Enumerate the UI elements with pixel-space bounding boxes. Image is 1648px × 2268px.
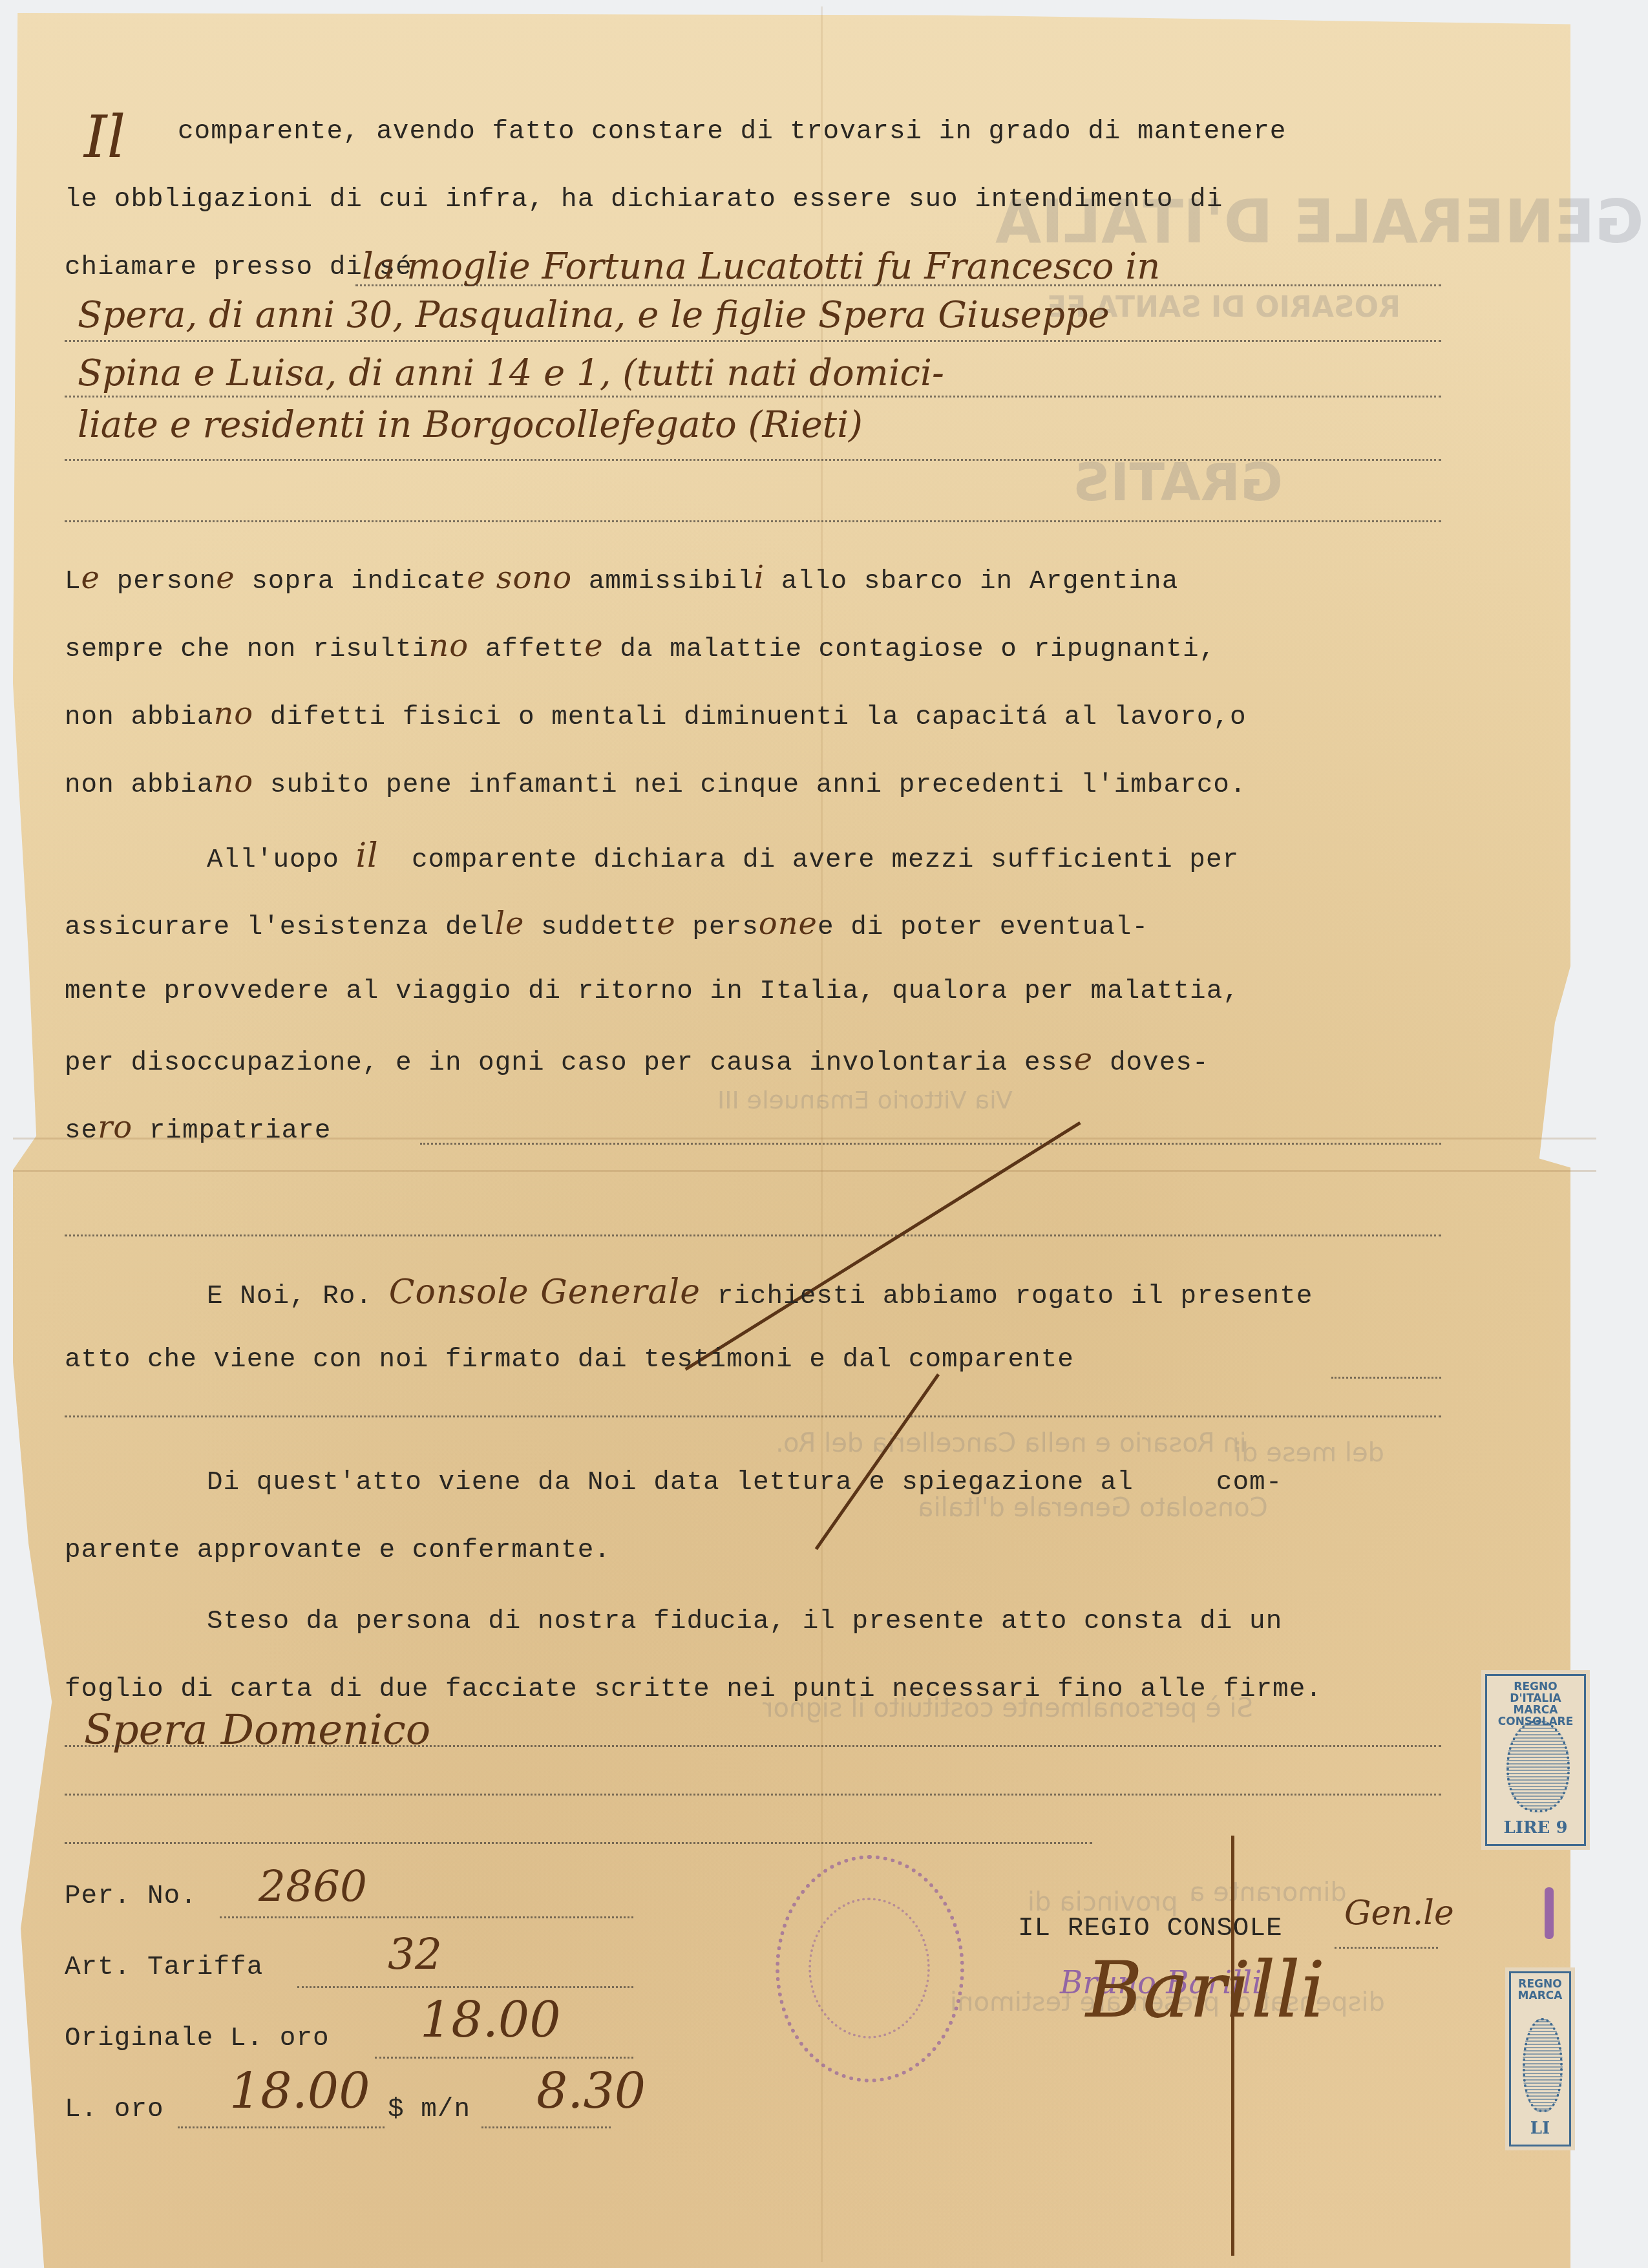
- art-tariffa-value: 32: [388, 1929, 442, 1979]
- king-portrait-icon: [1506, 1720, 1570, 1812]
- text-line: per disoccupazione, e in ogni caso per c…: [65, 1044, 1435, 1079]
- handwritten-entry: Spina e Luisa, di anni 14 e 1, (tutti na…: [78, 352, 944, 394]
- fill-line: [481, 2126, 611, 2128]
- per-no-value: 2860: [259, 1861, 367, 1911]
- handwritten-entry: liate e residenti in Borgocollefegato (R…: [78, 404, 863, 446]
- consul-title-hand: Gen.le: [1344, 1894, 1454, 1933]
- fill-line: [65, 520, 1441, 522]
- text-line: Steso da persona di nostra fiducia, il p…: [207, 1606, 1577, 1637]
- handwritten-initial: Il: [84, 103, 125, 171]
- fill-line: [297, 1986, 633, 1988]
- revenue-stamp: REGNO D'ITALIAMARCA CONSOLARE LIRE 9: [1485, 1674, 1586, 1846]
- text-line: atto che viene con noi firmato dai testi…: [65, 1344, 1435, 1375]
- pesos-label: $ m/n: [388, 2094, 517, 2125]
- fill-line: [65, 340, 1441, 342]
- bleed-street: Via Vittorio Emanuele III: [717, 1086, 1013, 1114]
- text-line: le obbligazioni di cui infra, ha dichiar…: [65, 184, 1435, 215]
- handwritten-insert: i: [754, 560, 765, 596]
- handwritten-insert: one: [759, 906, 818, 942]
- originale-value: 18.00: [420, 1991, 561, 2048]
- handwritten-insert: e: [81, 560, 100, 596]
- fill-line: [375, 2057, 633, 2059]
- handwritten-insert: e: [657, 906, 675, 942]
- king-portrait-icon: [1523, 2018, 1563, 2112]
- fill-line: [220, 1916, 633, 1918]
- fill-line: [420, 1143, 1441, 1145]
- signature-line: [65, 1794, 1441, 1796]
- fill-line: [65, 1235, 1441, 1236]
- signature-flourish: [1231, 1836, 1234, 2256]
- text-line: assicurare l'esistenza delle suddette pe…: [65, 908, 1435, 943]
- text-line: Le persone sopra indicate sono ammissibi…: [65, 562, 1435, 597]
- text-line: E Noi, Ro. Console Generale richiesti ab…: [207, 1277, 1577, 1312]
- bleed-gratis: GRATIS: [1073, 452, 1283, 513]
- handwritten-insert: no: [213, 695, 253, 732]
- handwritten-insert: Console Generale: [389, 1273, 701, 1311]
- bleed-line: in Rosario e nella Cancelleria del Ro.: [776, 1428, 1247, 1458]
- fill-line: [178, 2126, 385, 2128]
- text-line: sero rimpatriare: [65, 1112, 1435, 1147]
- fill-line: [1331, 1377, 1441, 1379]
- l-oro-value: 18.00: [229, 2062, 370, 2119]
- pesos-value: 8.30: [536, 2062, 646, 2119]
- text-line: non abbiano subito pene infamanti nei ci…: [65, 766, 1435, 801]
- handwritten-entry: la moglie Fortuna Lucatotti fu Francesco…: [362, 246, 1160, 288]
- handwritten-insert: no: [213, 763, 253, 800]
- fill-line: [65, 396, 1441, 397]
- handwritten-insert: il: [355, 836, 378, 875]
- cancellation-mark: [1545, 1887, 1554, 1939]
- signature-line: [65, 1745, 1441, 1747]
- handwritten-insert: ro: [98, 1109, 132, 1145]
- fill-line: [1335, 1947, 1438, 1949]
- fold-crease: [13, 1170, 1596, 1172]
- text-line: comparente, avendo fatto constare di tro…: [178, 116, 1548, 147]
- consul-title: IL REGIO CONSOLE: [1018, 1913, 1341, 1944]
- fill-line: [65, 459, 1441, 461]
- text-line: non abbiano difetti fisici o mentali dim…: [65, 698, 1435, 733]
- bleed-line: del mese di: [1234, 1438, 1384, 1468]
- handwritten-insert: e: [1074, 1041, 1093, 1077]
- text-line: sempre che non risultino affette da mala…: [65, 630, 1435, 665]
- fill-line: [355, 284, 1441, 286]
- handwritten-insert: e sono: [467, 560, 572, 596]
- consular-seal: [776, 1855, 964, 2083]
- text-line: All'uopo il comparente dichiara di avere…: [207, 840, 1577, 876]
- handwritten-entry: Spera, di anni 30, Pasqualina, e le figl…: [78, 294, 1110, 336]
- handwritten-insert: no: [428, 628, 469, 664]
- consul-signature: Barilli: [1086, 1945, 1326, 2035]
- text-line: parente approvante e confermante.: [65, 1535, 1435, 1566]
- handwritten-insert: e: [584, 628, 603, 664]
- fill-line: [65, 1415, 1441, 1417]
- text-line: mente provvedere al viaggio di ritorno i…: [65, 976, 1435, 1007]
- handwritten-insert: le: [495, 906, 525, 942]
- signature-line: [65, 1842, 1092, 1844]
- revenue-stamp: REGNOMARCA LI: [1509, 1971, 1571, 2146]
- handwritten-insert: e: [216, 560, 235, 596]
- text-line: Di quest'atto viene da Noi data lettura …: [207, 1467, 1577, 1498]
- text-line: foglio di carta di due facciate scritte …: [65, 1674, 1435, 1705]
